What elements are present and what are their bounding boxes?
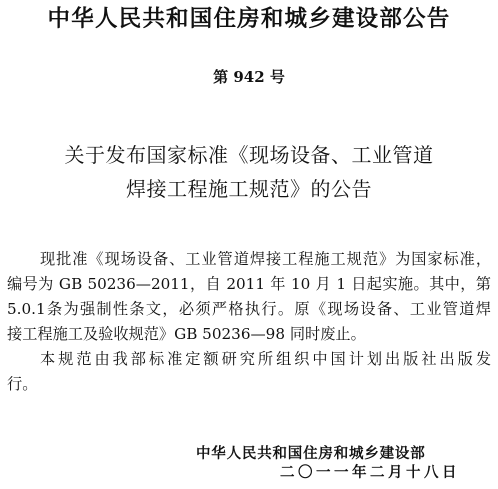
paragraph-1-line-1: 现批准《现场设备、工业管道焊接工程施工规范》为国家标准， <box>40 248 491 270</box>
paragraph-1-line-3: 5.0.1条为强制性条文，必须严格执行。原《现场设备、工业管道焊 <box>7 298 491 320</box>
issuing-organization-heading: 中华人民共和国住房和城乡建设部公告 <box>0 4 498 34</box>
announcement-title-line-1: 关于发布国家标准《现场设备、工业管道 <box>0 141 498 169</box>
paragraph-2-line-2: 行。 <box>7 373 491 395</box>
paragraph-2-line-1: 本规范由我部标准定额研究所组织中国计划出版社出版发 <box>40 348 491 370</box>
signature-date: 二〇一一年二月十八日 <box>280 463 460 483</box>
announcement-title-line-2: 焊接工程施工规范》的公告 <box>0 175 498 203</box>
paragraph-1-line-4: 接工程施工及验收规范》GB 50236—98 同时废止。 <box>7 323 491 345</box>
signature-organization: 中华人民共和国住房和城乡建设部 <box>196 444 426 464</box>
paragraph-1-line-2: 编号为 GB 50236—2011，自 2011 年 10 月 1 日起实施。其… <box>7 273 491 295</box>
announcement-number: 第 942 号 <box>0 67 498 87</box>
